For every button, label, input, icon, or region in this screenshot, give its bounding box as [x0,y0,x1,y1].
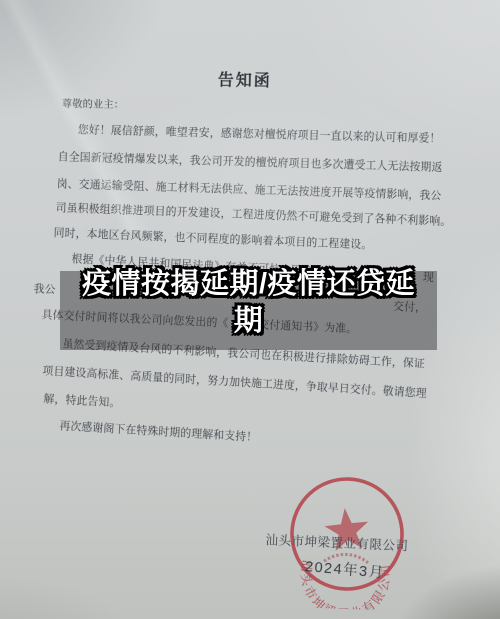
letter-salutation: 尊敬的业主： [62,95,125,111]
video-caption-text: 疫情按揭延期/疫情还贷延 期 [40,266,457,340]
letter-line: 解，特此告知。 [43,391,121,410]
letter-line: 同时，本地区台风频繁，也不同程度的影响着本项目的工程建设。 [53,225,372,252]
letter-line: 自全国新冠疫情爆发以来，我公司开发的檀悦府项目也多次遭受工人无法按期返 [58,149,443,175]
caption-line-1: 疫情按揭延期/疫情还贷延 [40,266,457,303]
letter-closing-line: 再次感谢阁下在特殊时期的理解和支持！ [59,418,257,445]
photographed-notice-letter: 告知函 尊敬的业主： 您好！展信舒颜，唯望君安，感谢您对檀悦府项目一直以来的认可… [0,0,500,619]
letter-line: 司虽积极组织推进项目的开发建设，工程进度仍然不可避免受到了各种不利影响。 [55,200,451,229]
letter-line: 岗、交通运输受阻、施工材料无法供应、施工无法按进度开展等疫情影响，我公 [57,176,442,203]
letter-line: 您好！展信舒颜，唯望君安，感谢您对檀悦府项目一直以来的认可和厚爱！ [78,122,441,146]
caption-line-2: 期 [40,303,457,340]
letter-title: 告知函 [218,67,272,91]
